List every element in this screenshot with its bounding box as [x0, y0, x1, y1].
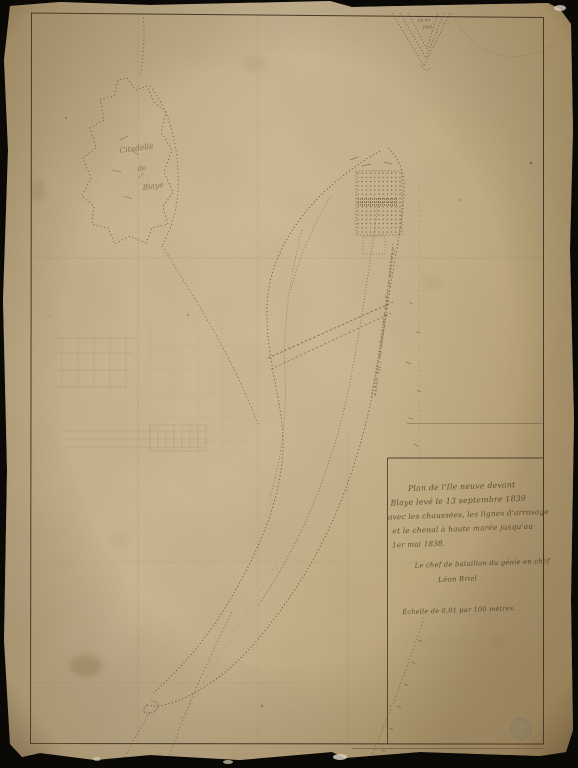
paper-sheet: Citadelle de Blaye Ile du Pâté: [0, 0, 578, 768]
map-scan-canvas: Citadelle de Blaye Ile du Pâté: [0, 0, 578, 768]
paper-vignette: [0, 0, 578, 768]
scanned-map-page: Citadelle de Blaye Ile du Pâté: [0, 0, 578, 768]
